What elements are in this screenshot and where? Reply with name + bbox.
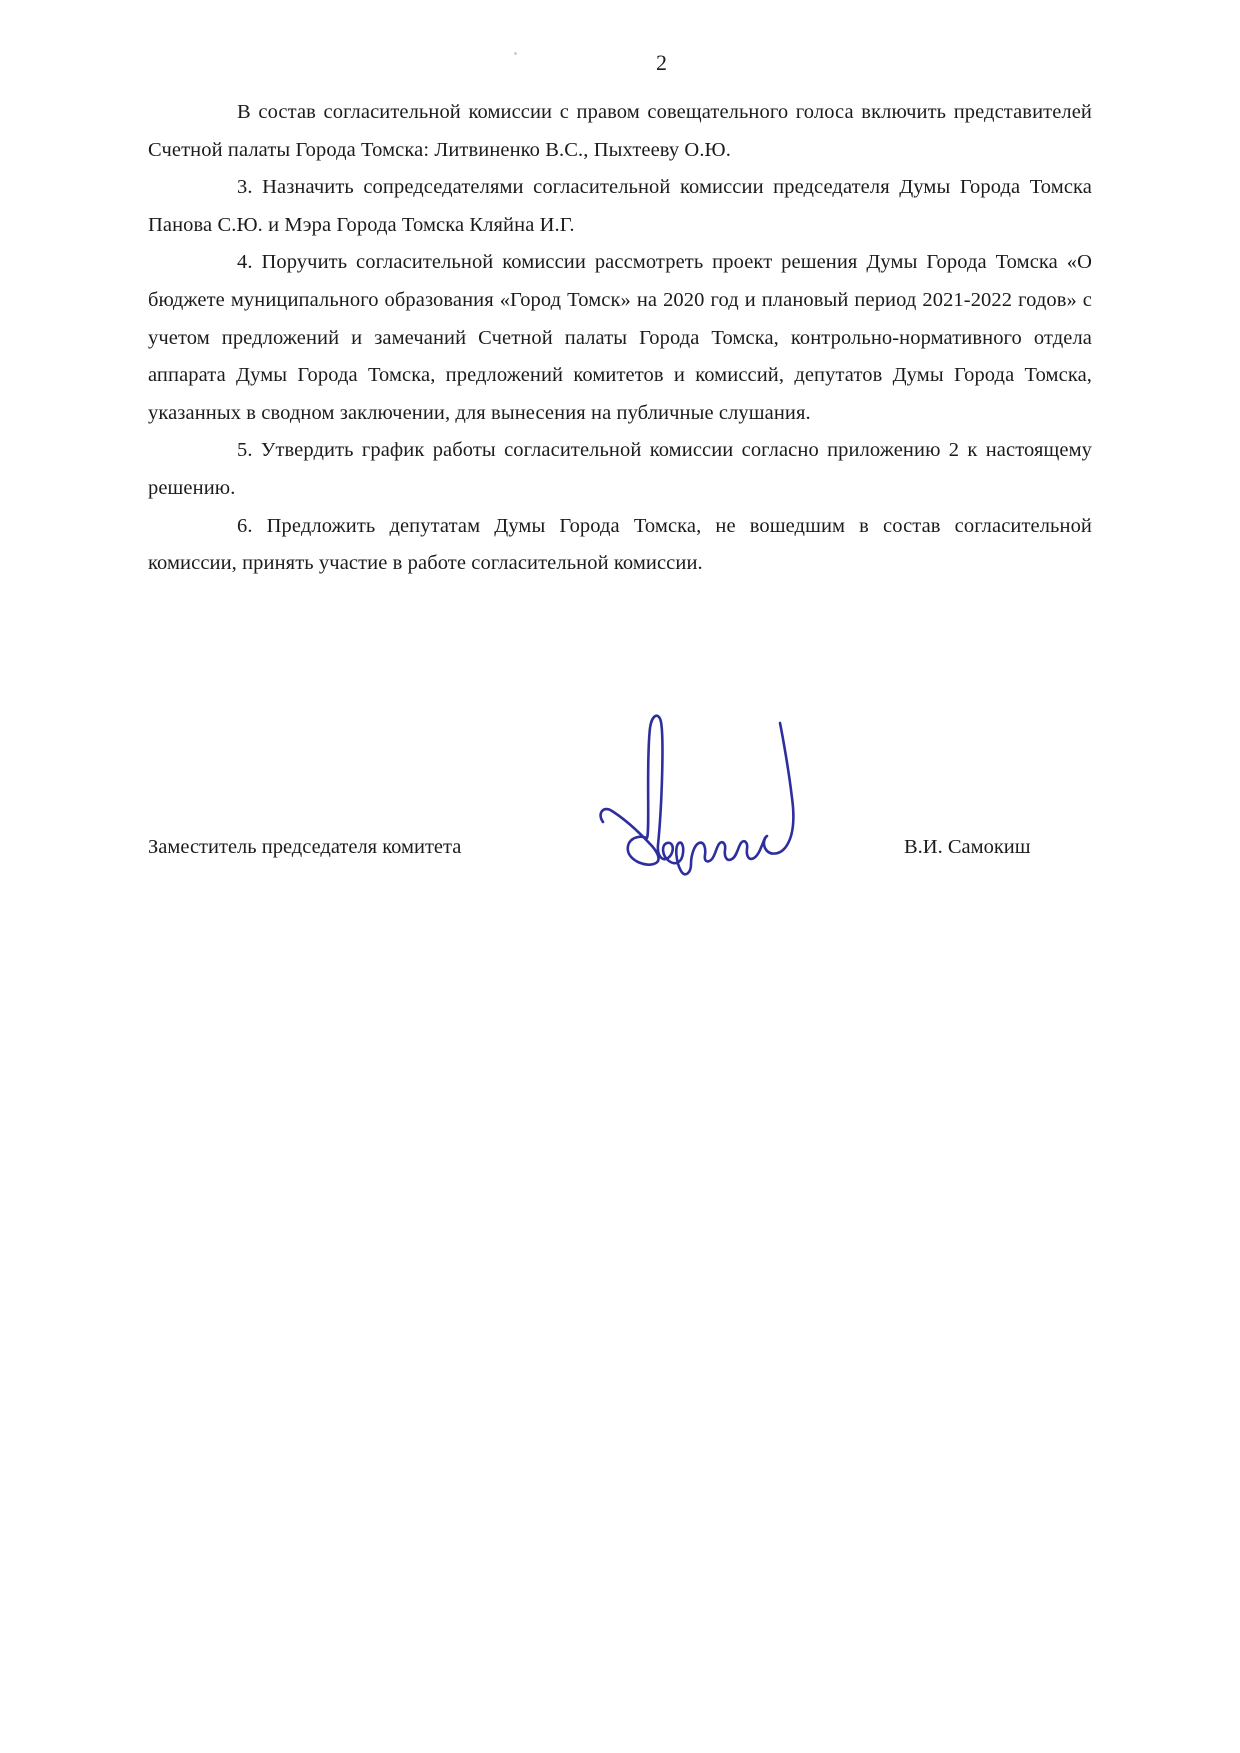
paragraph: 6. Предложить депутатам Думы Города Томс…: [148, 508, 1092, 583]
paragraph: 3. Назначить сопредседателями согласител…: [148, 169, 1092, 244]
page-number: 2: [656, 50, 667, 76]
paragraph: 5. Утвердить график работы согласительно…: [148, 432, 1092, 507]
paragraph: 4. Поручить согласительной комиссии расс…: [148, 244, 1092, 432]
signer-name: В.И. Самокиш: [904, 836, 1031, 859]
paragraph: В состав согласительной комиссии с право…: [148, 94, 1092, 169]
scan-artifact-dot: [514, 52, 517, 55]
signer-role-label: Заместитель председателя комитета: [148, 836, 461, 859]
document-page: 2 В состав согласительной комиссии с пра…: [0, 0, 1240, 1753]
signature-block: Заместитель председателя комитета В.И. С…: [148, 836, 1092, 876]
document-body: В состав согласительной комиссии с право…: [148, 94, 1092, 583]
